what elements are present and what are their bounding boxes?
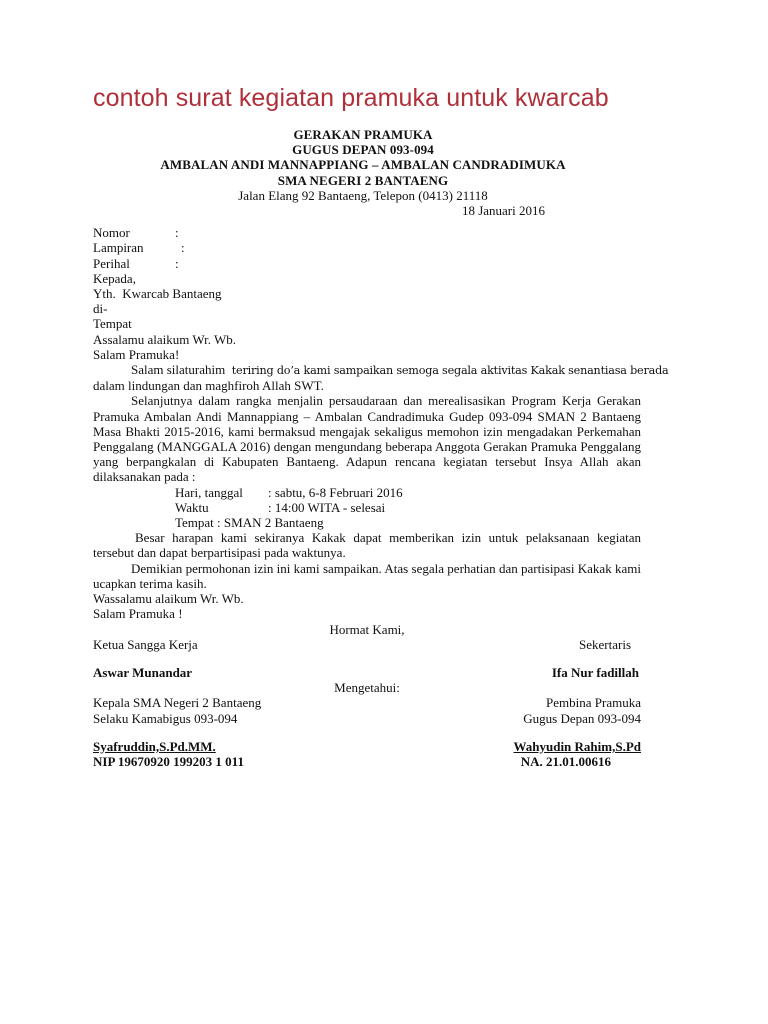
left-role2: Kepala SMA Negeri 2 Bantaeng — [93, 695, 261, 710]
signature-roles-row: Ketua Sangga Kerja Sekertaris — [93, 637, 641, 652]
greeting: Assalamu alaikum Wr. Wb. Salam Pramuka! — [93, 332, 633, 362]
detail-date: Hari, tanggal : sabtu, 6-8 Februari 2016 — [93, 485, 633, 500]
letter-document: GERAKAN PRAMUKA GUGUS DEPAN 093-094 AMBA… — [93, 127, 633, 769]
recipient-line: Yth. Kwarcab Bantaeng — [93, 286, 633, 301]
mengetahui: Mengetahui: — [93, 680, 641, 695]
paragraph-1-odd-font: teriring do’a kami sampaikan semoga sega… — [232, 364, 669, 377]
letter-date: 18 Januari 2016 — [93, 203, 633, 218]
field-sep: : — [175, 225, 179, 240]
field-sep: : — [181, 240, 185, 255]
detail-value: : sabtu, 6-8 Februari 2016 — [268, 485, 403, 500]
field-perihal: Perihal : — [93, 256, 633, 271]
right-name: Ifa Nur fadillah — [552, 665, 641, 680]
letter-fields: Nomor : Lampiran : Perihal : — [93, 225, 633, 271]
detail-value: : 14:00 WITA - selesai — [268, 500, 385, 515]
letterhead-ambalan: AMBALAN ANDI MANNAPPIANG – AMBALAN CANDR… — [77, 157, 649, 172]
paragraph-3: Besar harapan kami sekiranya Kakak dapat… — [93, 530, 641, 560]
page-title: contoh surat kegiatan pramuka untuk kwar… — [93, 84, 609, 113]
greeting-line: Salam Pramuka! — [93, 347, 633, 362]
letterhead-org: GERAKAN PRAMUKA — [93, 127, 633, 142]
greeting-line: Assalamu alaikum Wr. Wb. — [93, 332, 633, 347]
right-name2: Wahyudin Rahim,S.Pd — [513, 739, 641, 754]
right-role2-sub: Gugus Depan 093-094 — [523, 711, 641, 726]
field-label: Nomor — [93, 225, 175, 240]
paragraph-4: Demikian permohonan izin ini kami sampai… — [93, 561, 641, 591]
field-label: Perihal — [93, 256, 175, 271]
letterhead-address: Jalan Elang 92 Bantaeng, Telepon (0413) … — [93, 188, 633, 203]
right-role: Sekertaris — [579, 637, 641, 652]
signatures: Hormat Kami, Ketua Sangga Kerja Sekertar… — [93, 622, 641, 770]
paragraph-2: Selanjutnya dalam rangka menjalin persau… — [93, 393, 641, 484]
detail-label: Waktu — [175, 500, 268, 515]
letter-body: Salam silaturahim teriring do’a kami sam… — [93, 362, 633, 591]
left-role2-sub: Selaku Kamabigus 093-094 — [93, 711, 237, 726]
field-label: Lampiran — [93, 240, 181, 255]
closing-line: Salam Pramuka ! — [93, 606, 633, 621]
paragraph-1-first-line: Salam silaturahim teriring do’a kami sam… — [93, 362, 633, 378]
recipient-line: di- — [93, 301, 633, 316]
event-details: Hari, tanggal : sabtu, 6-8 Februari 2016… — [93, 485, 633, 531]
closing-line: Wassalamu alaikum Wr. Wb. — [93, 591, 633, 606]
left-name: Aswar Munandar — [93, 665, 192, 680]
recipient-line: Kepada, — [93, 271, 633, 286]
paragraph-1-start: Salam silaturahim — [131, 362, 232, 377]
closing: Wassalamu alaikum Wr. Wb. Salam Pramuka … — [93, 591, 633, 621]
detail-place: Tempat : SMAN 2 Bantaeng — [93, 515, 633, 530]
field-nomor: Nomor : — [93, 225, 633, 240]
letterhead-school: SMA NEGERI 2 BANTAENG — [93, 173, 633, 188]
recipient: Kepada, Yth. Kwarcab Bantaeng di- Tempat — [93, 271, 633, 332]
letterhead-gudep: GUGUS DEPAN 093-094 — [93, 142, 633, 157]
recipient-line: Tempat — [93, 316, 633, 331]
left-id2: NIP 19670920 199203 1 011 — [93, 754, 244, 769]
right-role2: Pembina Pramuka — [546, 695, 641, 710]
detail-time: Waktu : 14:00 WITA - selesai — [93, 500, 633, 515]
letterhead: GERAKAN PRAMUKA GUGUS DEPAN 093-094 AMBA… — [93, 127, 633, 218]
right-id2: NA. 21.01.00616 — [521, 754, 641, 769]
left-name2: Syafruddin,S.Pd.MM. — [93, 739, 216, 754]
signature-names2-row: Syafruddin,S.Pd.MM. Wahyudin Rahim,S.Pd — [93, 739, 641, 754]
detail-label: Hari, tanggal — [175, 485, 268, 500]
hormat-kami: Hormat Kami, — [93, 622, 641, 637]
field-sep: : — [175, 256, 179, 271]
field-lampiran: Lampiran : — [93, 240, 633, 255]
left-role: Ketua Sangga Kerja — [93, 637, 198, 652]
signature-names-row: Aswar Munandar Ifa Nur fadillah — [93, 665, 641, 680]
signature-roles2-row-1: Kepala SMA Negeri 2 Bantaeng Pembina Pra… — [93, 695, 641, 710]
paragraph-1-end: dalam lindungan dan maghfiroh Allah SWT. — [93, 378, 633, 393]
signature-ids-row: NIP 19670920 199203 1 011 NA. 21.01.0061… — [93, 754, 641, 769]
signature-roles2-row-2: Selaku Kamabigus 093-094 Gugus Depan 093… — [93, 711, 641, 726]
